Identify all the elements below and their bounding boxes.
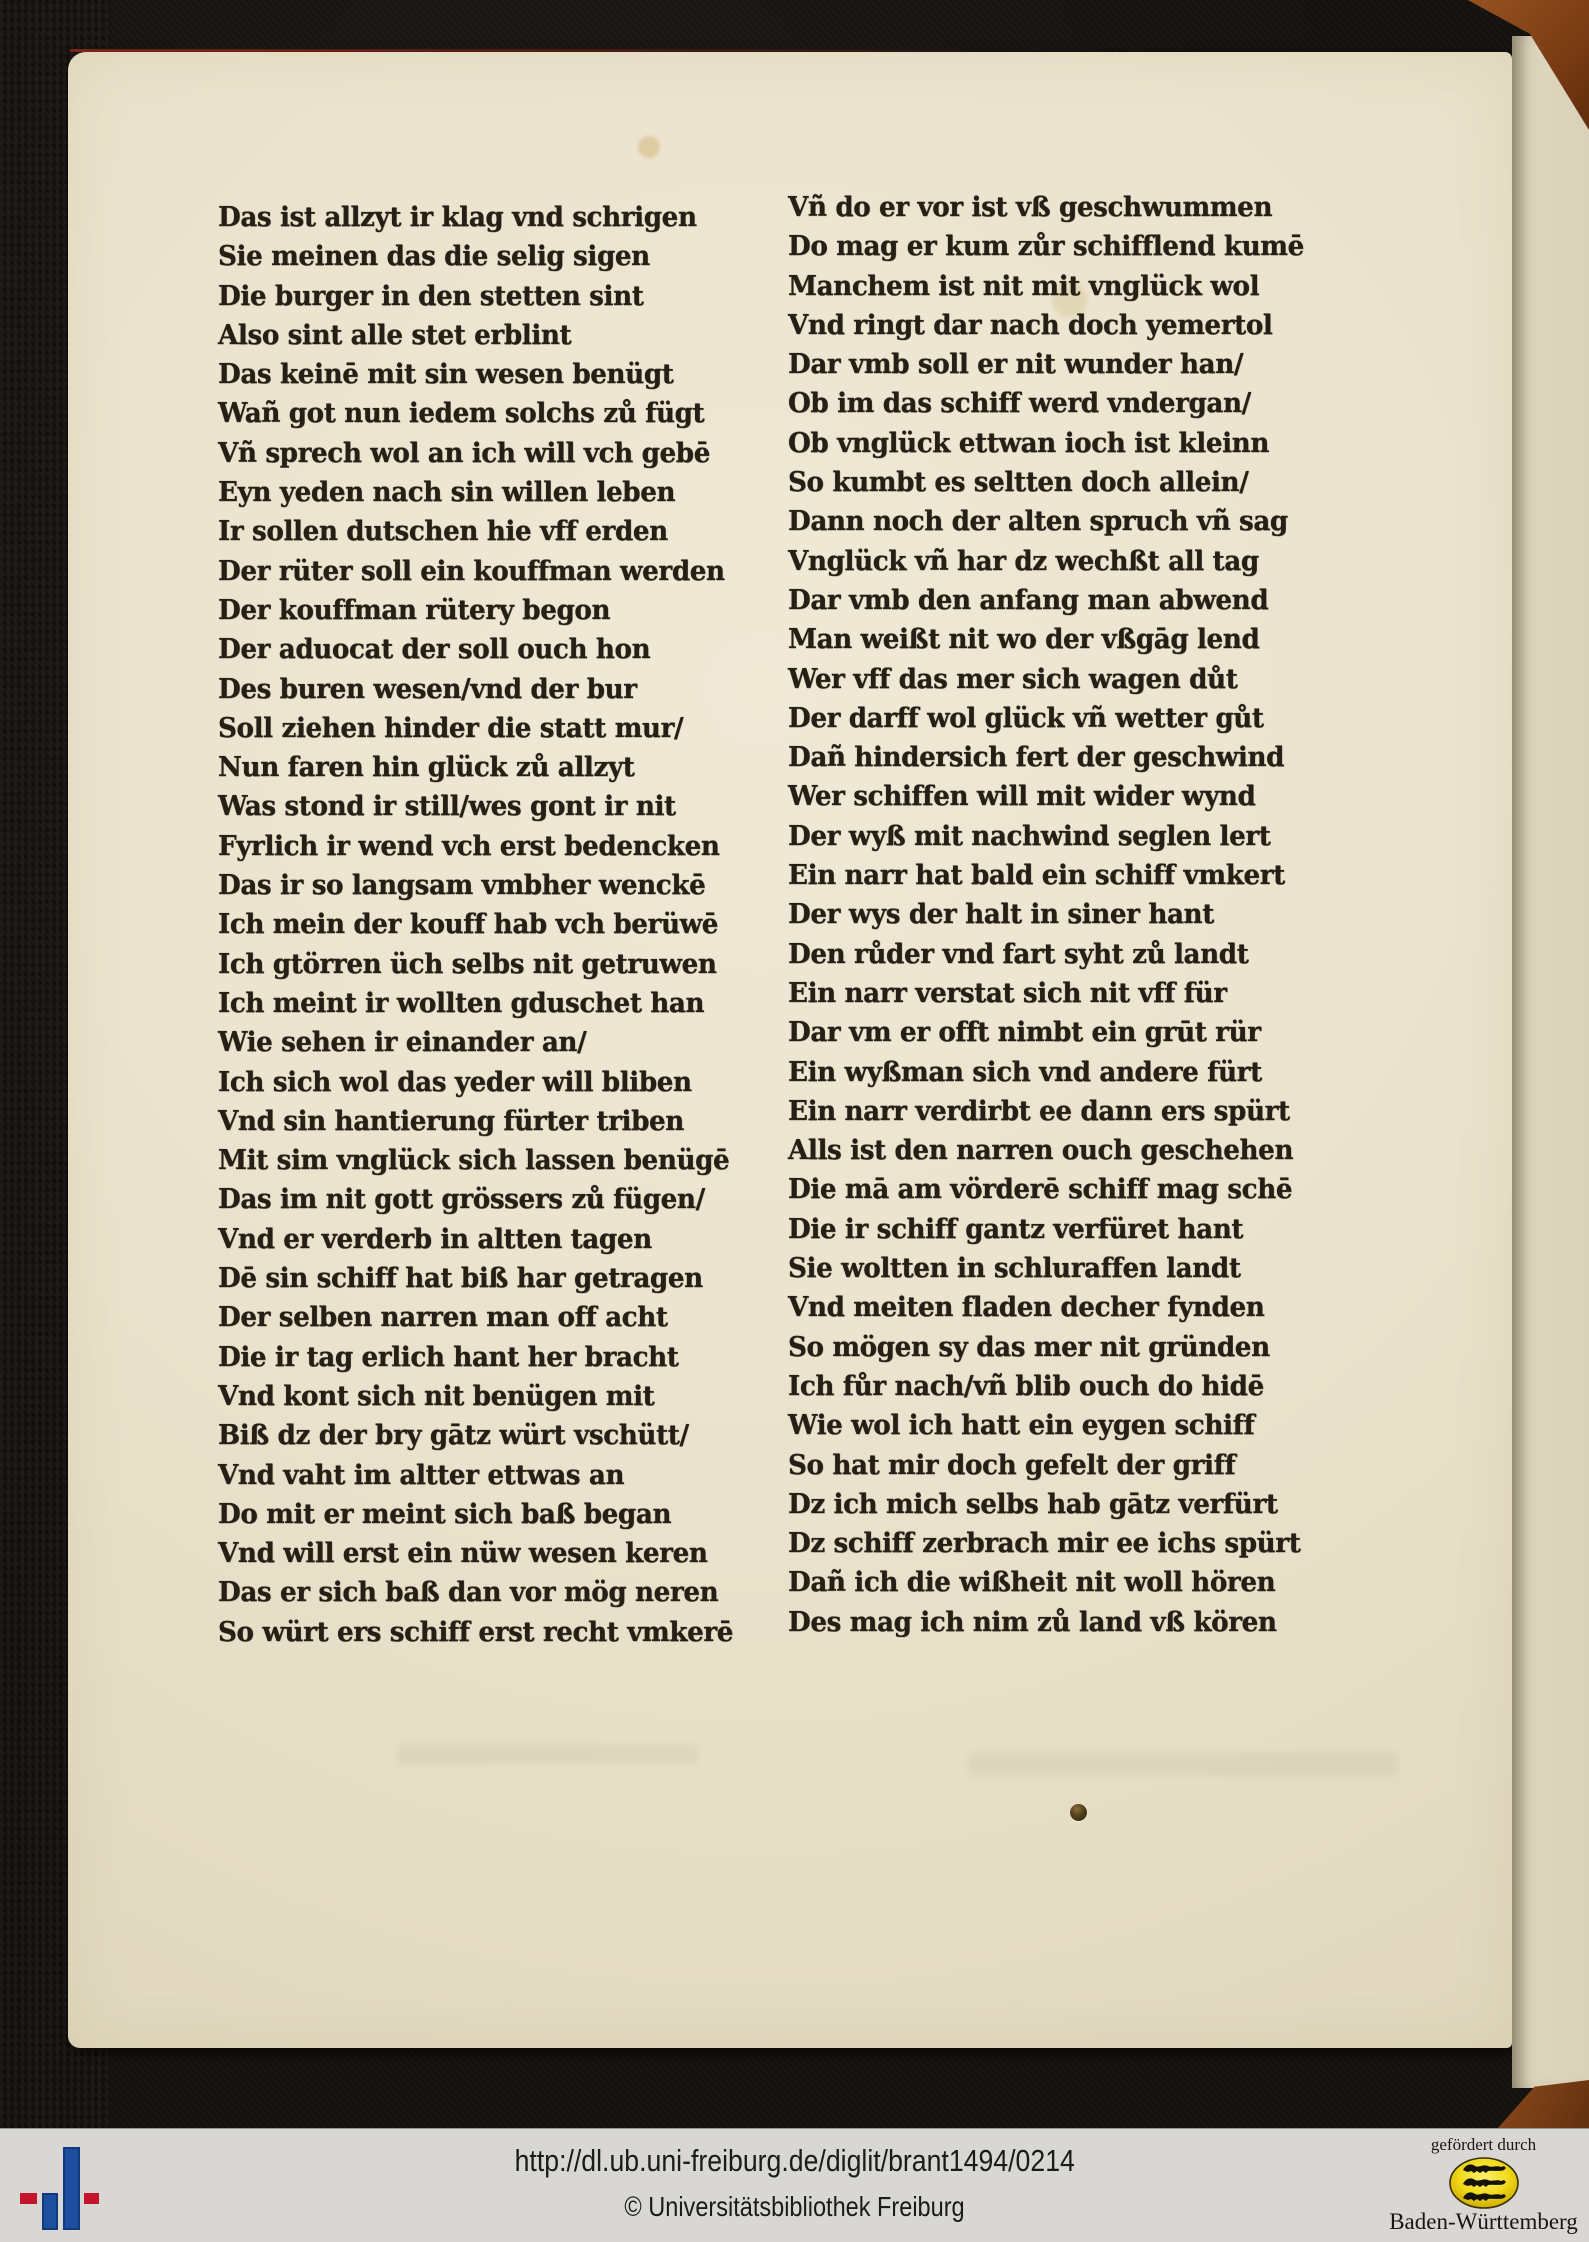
verse-line: So mögen sy das mer nit gründen xyxy=(788,1328,1355,1367)
verse-line: Das ir so langsam vmbher wenckē xyxy=(218,866,785,905)
verse-line: Ich meint ir wollten gduschet han xyxy=(218,984,785,1023)
verse-line: Vnd ringt dar nach doch yemertol xyxy=(788,306,1355,345)
verse-line: Biß dz der bry gātz würt vschütt/ xyxy=(218,1416,785,1455)
verse-line: Ein narr verdirbt ee dann ers spürt xyxy=(788,1092,1355,1131)
verse-line: Die ir tag erlich hant her bracht xyxy=(218,1338,785,1377)
verse-line: Des mag ich nim zů land vß kören xyxy=(788,1603,1355,1642)
verse-line: Dar vmb soll er nit wunder han/ xyxy=(788,345,1355,384)
ub-freiburg-logo-icon xyxy=(0,2129,120,2242)
verse-line: Ein wyßman sich vnd andere fürt xyxy=(788,1053,1355,1092)
verse-line: Man weißt nit wo der vßgāg lend xyxy=(788,620,1355,659)
verse-line: Dz schiff zerbrach mir ee ichs spürt xyxy=(788,1524,1355,1563)
verse-line: Vnd kont sich nit benügen mit xyxy=(218,1377,785,1416)
verse-line: Ich gtörren üch selbs nit getruwen xyxy=(218,945,785,984)
verse-line: Ein narr verstat sich nit vff für xyxy=(788,974,1355,1013)
verse-line: Die mā am vörderē schiff mag schē xyxy=(788,1170,1355,1209)
wormhole xyxy=(1070,1804,1087,1821)
verse-line: Das er sich baß dan vor mög neren xyxy=(218,1573,785,1612)
verse-line: Die burger in den stetten sint xyxy=(218,277,785,316)
baden-wuerttemberg-crest-icon xyxy=(1446,2155,1522,2211)
verse-line: So würt ers schiff erst recht vmkerē xyxy=(218,1613,785,1652)
verse-line: Wie wol ich hatt ein eygen schiff xyxy=(788,1406,1355,1445)
verse-line: Ein narr hat bald ein schiff vmkert xyxy=(788,856,1355,895)
copyright-notice: © Universitätsbibliothek Freiburg xyxy=(0,2191,1589,2223)
next-leaf-edge xyxy=(1512,36,1589,2088)
verse-line: Sie woltten in schluraffen landt xyxy=(788,1249,1355,1288)
verse-line: Wañ got nun iedem solchs zů fügt xyxy=(218,394,785,433)
verse-line: Die ir schiff gantz verfüret hant xyxy=(788,1210,1355,1249)
verse-line: Mit sim vnglück sich lassen benügē xyxy=(218,1141,785,1180)
verse-line: So kumbt es seltten doch allein/ xyxy=(788,463,1355,502)
verse-line: Do mit er meint sich baß began xyxy=(218,1495,785,1534)
verse-line: Ob vnglück ettwan ioch ist kleinn xyxy=(788,424,1355,463)
region-name-label: Baden-Württemberg xyxy=(1378,2209,1589,2235)
show-through-text xyxy=(398,1744,698,1764)
verse-line: Ich fůr nach/vñ blib ouch do hidē xyxy=(788,1367,1355,1406)
verse-line: Der selben narren man off acht xyxy=(218,1298,785,1337)
verse-line: So hat mir doch gefelt der griff xyxy=(788,1446,1355,1485)
verse-line: Vnd meiten fladen decher fynden xyxy=(788,1288,1355,1327)
logo-bar xyxy=(63,2147,80,2230)
verse-line: Dann noch der alten spruch vñ sag xyxy=(788,502,1355,541)
verse-line: Wer schiffen will mit wider wynd xyxy=(788,777,1355,816)
verse-line: Dañ hindersich fert der geschwind xyxy=(788,738,1355,777)
verse-line: Der wys der halt in siner hant xyxy=(788,895,1355,934)
verse-line: Das keinē mit sin wesen benügt xyxy=(218,355,785,394)
verse-line: Soll ziehen hinder die statt mur/ xyxy=(218,709,785,748)
logo-bar xyxy=(42,2193,58,2230)
verse-line: Sie meinen das die selig sigen xyxy=(218,237,785,276)
verse-line: Nun faren hin glück zů allzyt xyxy=(218,748,785,787)
verse-line: Vñ sprech wol an ich will vch gebē xyxy=(218,434,785,473)
verse-line: Den růder vnd fart syht zů landt xyxy=(788,935,1355,974)
document-url: http://dl.ub.uni-freiburg.de/diglit/bran… xyxy=(0,2143,1589,2179)
verse-line: Wie sehen ir einander an/ xyxy=(218,1023,785,1062)
viewer-footer-bar: http://dl.ub.uni-freiburg.de/diglit/bran… xyxy=(0,2128,1589,2242)
logo-bar xyxy=(84,2193,99,2204)
verse-line: Dañ ich die wißheit nit woll hören xyxy=(788,1563,1355,1602)
verse-line: Wer vff das mer sich wagen důt xyxy=(788,660,1355,699)
verse-line: Also sint alle stet erblint xyxy=(218,316,785,355)
verse-line: Alls ist den narren ouch geschehen xyxy=(788,1131,1355,1170)
verse-column-left: Das ist allzyt ir klag vnd schrigenSie m… xyxy=(218,198,785,1652)
logo-bar xyxy=(20,2193,37,2204)
verse-line: Vnd vaht im altter ettwas an xyxy=(218,1456,785,1495)
verse-line: Ich mein der kouff hab vch berüwē xyxy=(218,905,785,944)
verse-line: Vnd sin hantierung fürter triben xyxy=(218,1102,785,1141)
verse-line: Fyrlich ir wend vch erst bedencken xyxy=(218,827,785,866)
verse-line: Dar vmb den anfang man abwend xyxy=(788,581,1355,620)
verse-line: Ir sollen dutschen hie vff erden xyxy=(218,512,785,551)
verse-line: Der wyß mit nachwind seglen lert xyxy=(788,817,1355,856)
funded-by-label: gefördert durch xyxy=(1378,2135,1589,2155)
verse-line: Dz ich mich selbs hab gātz verfürt xyxy=(788,1485,1355,1524)
verse-line: Das im nit gott grössers zů fügen/ xyxy=(218,1180,785,1219)
verse-line: Do mag er kum zůr schifflend kumē xyxy=(788,227,1355,266)
verse-line: Dē sin schiff hat biß har getragen xyxy=(218,1259,785,1298)
verse-line: Vnglück vñ har dz wechßt all tag xyxy=(788,542,1355,581)
verse-line: Dar vm er offt nimbt ein grūt rür xyxy=(788,1013,1355,1052)
verse-line: Vñ do er vor ist vß geschwummen xyxy=(788,188,1355,227)
verse-line: Ob im das schiff werd vndergan/ xyxy=(788,384,1355,423)
verse-line: Des buren wesen/vnd der bur xyxy=(218,670,785,709)
show-through-text xyxy=(968,1752,1398,1776)
verse-line: Vnd er verderb in altten tagen xyxy=(218,1220,785,1259)
funding-credit: gefördert durch Baden-Württemberg xyxy=(1378,2129,1589,2242)
verse-line: Eyn yeden nach sin willen leben xyxy=(218,473,785,512)
verse-line: Der aduocat der soll ouch hon xyxy=(218,630,785,669)
verse-column-right: Vñ do er vor ist vß geschwummenDo mag er… xyxy=(788,188,1355,1642)
verse-line: Was stond ir still/wes gont ir nit xyxy=(218,787,785,826)
verse-line: Der darff wol glück vñ wetter gůt xyxy=(788,699,1355,738)
verse-line: Vnd will erst ein nüw wesen keren xyxy=(218,1534,785,1573)
verse-line: Der rüter soll ein kouffman werden xyxy=(218,552,785,591)
verse-line: Ich sich wol das yeder will bliben xyxy=(218,1063,785,1102)
verse-line: Der kouffman rütery begon xyxy=(218,591,785,630)
verse-line: Manchem ist nit mit vnglück wol xyxy=(788,267,1355,306)
verse-line: Das ist allzyt ir klag vnd schrigen xyxy=(218,198,785,237)
paper-stain xyxy=(638,136,660,158)
